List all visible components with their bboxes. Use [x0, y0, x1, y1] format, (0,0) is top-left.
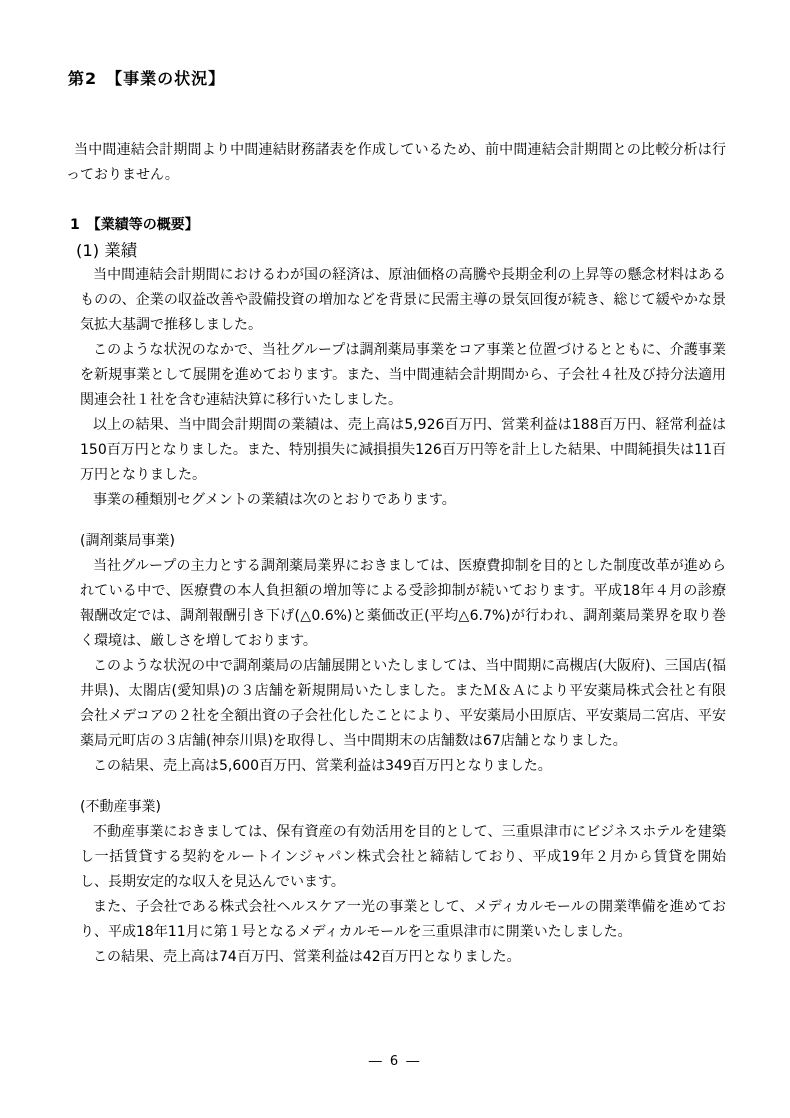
- paragraph: 当中間連結会計期間におけるわが国の経済は、原油価格の高騰や長期金利の上昇等の懸念…: [80, 263, 726, 338]
- section-heading-overview: 1 【業績等の概要】: [70, 213, 726, 238]
- page-title: 第2 【事業の状況】: [68, 66, 726, 92]
- paragraph: このような状況の中で調剤薬局の店舗展開といたしましては、当中間期に高槻店(大阪府…: [80, 654, 726, 754]
- segment-label-pharmacy: (調剤薬局事業): [80, 529, 726, 554]
- performance-body: 当中間連結会計期間におけるわが国の経済は、原油価格の高騰や長期金利の上昇等の懸念…: [80, 263, 726, 970]
- paragraph: このような状況のなかで、当社グループは調剤薬局事業をコア事業と位置づけるとともに…: [80, 338, 726, 413]
- paragraph: 当社グループの主力とする調剤薬局業界におきましては、医療費抑制を目的とした制度改…: [80, 554, 726, 654]
- paragraph: この結果、売上高は74百万円、営業利益は42百万円となりました。: [80, 945, 726, 970]
- document-content: 第2 【事業の状況】 当中間連結会計期間より中間連結財務諸表を作成しているため、…: [0, 0, 726, 970]
- segment-label-realestate: (不動産事業): [80, 795, 726, 820]
- intro-paragraph: 当中間連結会計期間より中間連結財務諸表を作成しているため、前中間連結会計期間との…: [66, 138, 726, 188]
- paragraph: この結果、売上高は5,600百万円、営業利益は349百万円となりました。: [80, 754, 726, 779]
- paragraph: 以上の結果、当中間会計期間の業績は、売上高は5,926百万円、営業利益は188百…: [80, 413, 726, 488]
- paragraph: また、子会社である株式会社ヘルスケア一光の事業として、メディカルモールの開業準備…: [80, 895, 726, 945]
- paragraph: 事業の種類別セグメントの業績は次のとおりであります。: [80, 488, 726, 513]
- page-number: ― 6 ―: [0, 1049, 790, 1074]
- subsection-heading-performance: (1) 業績: [76, 238, 726, 263]
- paragraph: 不動産事業におきましては、保有資産の有効活用を目的として、三重県津市にビジネスホ…: [80, 820, 726, 895]
- document-page: 第2 【事業の状況】 当中間連結会計期間より中間連結財務諸表を作成しているため、…: [0, 0, 790, 1118]
